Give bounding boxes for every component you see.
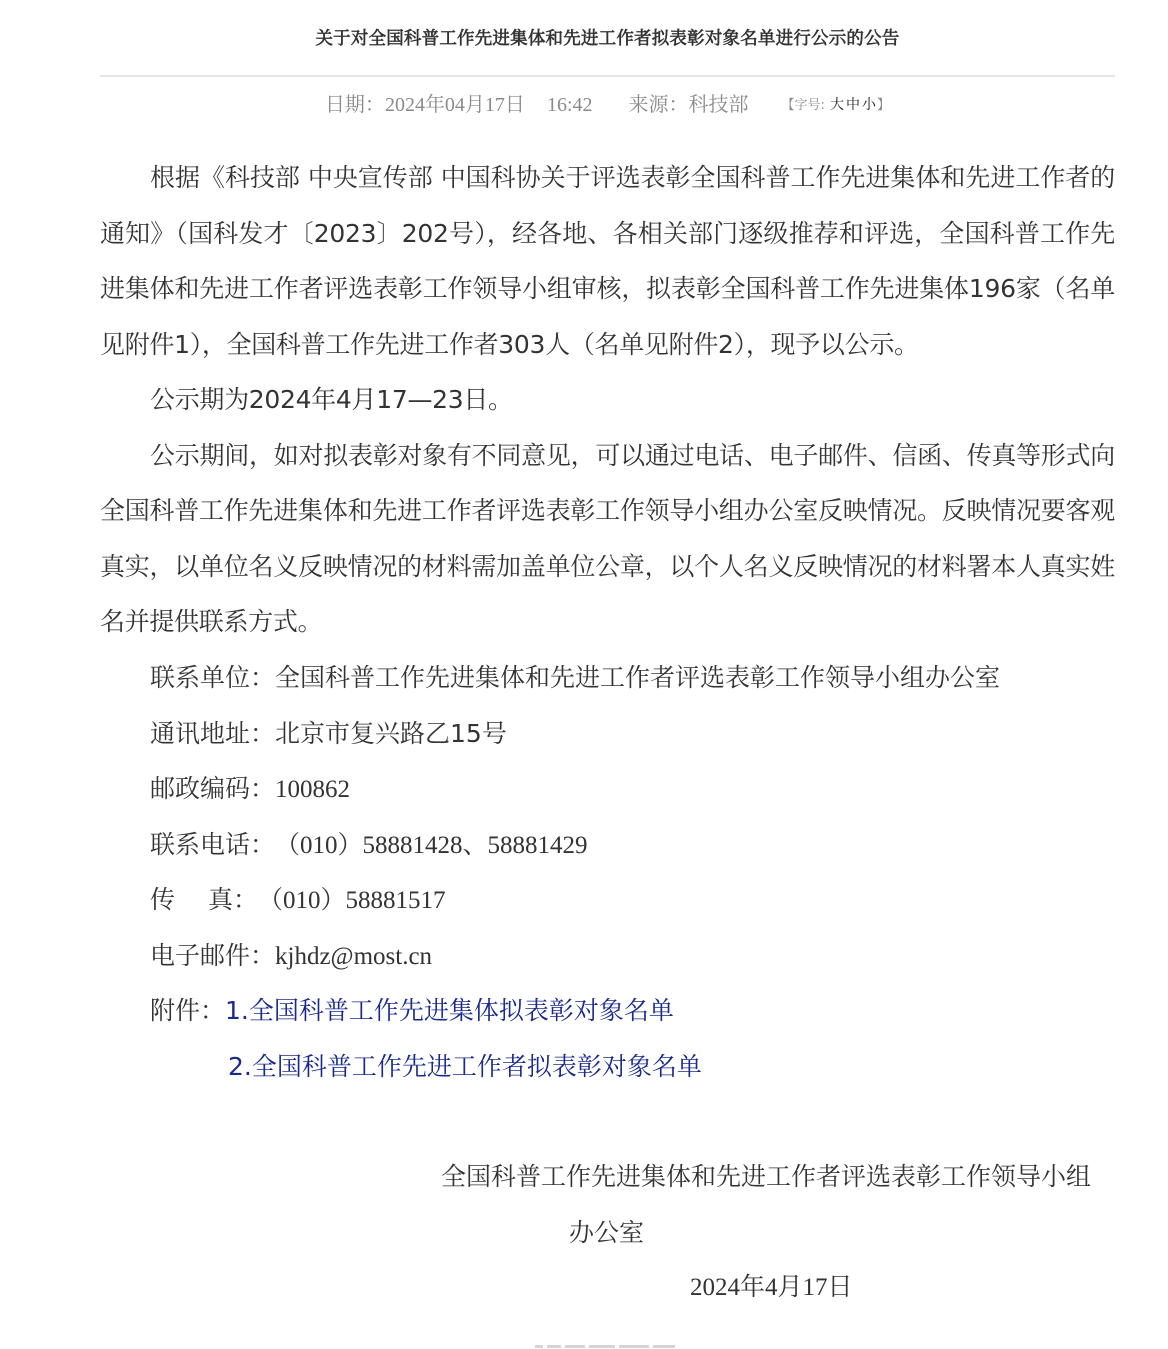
- contact-email-label: 电子邮件：: [150, 928, 275, 984]
- contact-address-value: 北京市复兴路乙15号: [275, 719, 507, 748]
- time-value: 16:42: [547, 94, 593, 116]
- article-body: 根据《科技部 中央宣传部 中国科协关于评选表彰全国科普工作先进集体和先进工作者的…: [100, 150, 1115, 650]
- attachment-link-collectives[interactable]: 1.全国科普工作先进集体拟表彰对象名单: [225, 996, 674, 1025]
- cutoff-text-fragment: [535, 1342, 680, 1349]
- paragraph-feedback: 公示期间，如对拟表彰对象有不同意见，可以通过电话、电子邮件、信函、传真等形式向全…: [100, 428, 1115, 650]
- contact-unit-label: 联系单位：: [150, 650, 275, 706]
- signature-office: 办公室: [569, 1218, 644, 1248]
- attachments-row-2: 2.全国科普工作先进工作者拟表彰对象名单: [150, 1039, 1000, 1095]
- font-size-switcher: 【字号: 大中小】: [782, 90, 891, 121]
- contact-email-row: 电子邮件：kjhdz@most.cn: [150, 928, 1000, 984]
- contact-postcode-row: 邮政编码：100862: [150, 761, 1000, 817]
- signature-org: 全国科普工作先进集体和先进工作者评选表彰工作领导小组: [441, 1162, 1091, 1192]
- title-divider: [100, 75, 1115, 77]
- contact-phone-row: 联系电话：（010）58881428、58881429: [150, 817, 1000, 873]
- font-size-large-button[interactable]: 大: [830, 97, 844, 113]
- font-size-medium-button[interactable]: 中: [846, 97, 860, 113]
- font-size-open: 【字号:: [782, 98, 825, 113]
- contact-fax-value: （010）58881517: [258, 887, 446, 914]
- font-size-close: 】: [877, 98, 890, 113]
- article-meta: 日期：2024年04月17日16:42来源：科技部 【字号: 大中小】: [100, 90, 1115, 121]
- contact-unit-value: 全国科普工作先进集体和先进工作者评选表彰工作领导小组办公室: [275, 663, 1000, 692]
- attachments-row-1: 附件：1.全国科普工作先进集体拟表彰对象名单: [150, 983, 1000, 1039]
- contact-address-row: 通讯地址：北京市复兴路乙15号: [150, 706, 1000, 762]
- article-title: 关于对全国科普工作先进集体和先进工作者拟表彰对象名单进行公示的公告: [100, 26, 1115, 52]
- date-value: 2024年04月17日: [385, 94, 525, 116]
- article-page: 关于对全国科普工作先进集体和先进工作者拟表彰对象名单进行公示的公告 日期：202…: [0, 0, 1168, 1349]
- contact-fax-row: 传 真：（010）58881517: [150, 872, 1000, 928]
- paragraph-basis: 根据《科技部 中央宣传部 中国科协关于评选表彰全国科普工作先进集体和先进工作者的…: [100, 150, 1115, 372]
- paragraph-period: 公示期为2024年4月17—23日。: [100, 372, 1115, 428]
- contact-postcode-label: 邮政编码：: [150, 761, 275, 817]
- contact-unit-row: 联系单位：全国科普工作先进集体和先进工作者评选表彰工作领导小组办公室: [150, 650, 1000, 706]
- contact-info: 联系单位：全国科普工作先进集体和先进工作者评选表彰工作领导小组办公室 通讯地址：…: [150, 650, 1000, 1094]
- contact-address-label: 通讯地址：: [150, 706, 275, 762]
- contact-postcode-value: 100862: [275, 776, 350, 803]
- source-value: 科技部: [689, 94, 749, 116]
- source-label: 来源：: [629, 94, 689, 116]
- contact-phone-value: （010）58881428、58881429: [275, 832, 588, 859]
- attachments-label: 附件：: [150, 983, 225, 1039]
- signature-date: 2024年4月17日: [690, 1273, 853, 1303]
- contact-email-value: kjhdz@most.cn: [275, 943, 432, 970]
- font-size-small-button[interactable]: 小: [862, 97, 876, 113]
- contact-fax-label: 传 真：: [150, 872, 258, 928]
- attachment-link-workers[interactable]: 2.全国科普工作先进工作者拟表彰对象名单: [228, 1052, 702, 1081]
- date-label: 日期：: [325, 94, 385, 116]
- contact-phone-label: 联系电话：: [150, 817, 275, 873]
